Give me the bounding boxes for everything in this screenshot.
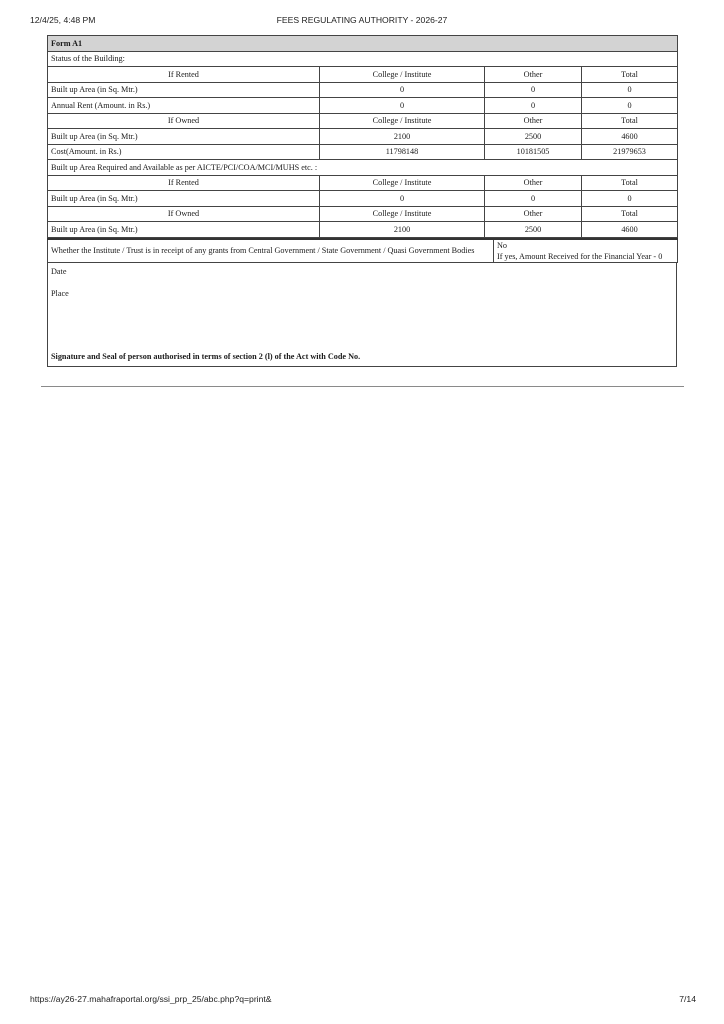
value-college: 2100: [320, 222, 485, 238]
value-college: 2100: [320, 129, 485, 145]
grants-question: Whether the Institute / Trust is in rece…: [48, 239, 494, 263]
value-college: 0: [320, 82, 485, 98]
col-total: Total: [582, 113, 678, 129]
value-college: 11798148: [320, 144, 485, 160]
table-row: Built up Area (in Sq. Mtr.) 2100 2500 46…: [48, 222, 678, 238]
row-label: Built up Area (in Sq. Mtr.): [48, 222, 320, 238]
row-label: Built up Area (in Sq. Mtr.): [48, 82, 320, 98]
place-label: Place: [51, 289, 69, 298]
value-total: 0: [582, 98, 678, 114]
col-total: Total: [582, 206, 678, 222]
owned-heading: If Owned: [48, 206, 320, 222]
form-title-row: Form A1: [48, 36, 678, 52]
col-college: College / Institute: [320, 67, 485, 83]
col-other: Other: [485, 113, 582, 129]
table-row: Annual Rent (Amount. in Rs.) 0 0 0: [48, 98, 678, 114]
print-title: FEES REGULATING AUTHORITY - 2026-27: [0, 15, 724, 25]
value-college: 0: [320, 98, 485, 114]
grants-answer: No: [497, 240, 674, 251]
table-row: Built up Area (in Sq. Mtr.) 0 0 0: [48, 82, 678, 98]
row-label: Built up Area (in Sq. Mtr.): [48, 129, 320, 145]
value-other: 0: [485, 98, 582, 114]
section-row: Status of the Building:: [48, 51, 678, 67]
grants-amount: If yes, Amount Received for the Financia…: [497, 251, 674, 262]
value-other: 0: [485, 191, 582, 207]
row-label: Cost(Amount. in Rs.): [48, 144, 320, 160]
date-label: Date: [51, 267, 66, 276]
form-title: Form A1: [48, 36, 678, 52]
column-header-row: If Rented College / Institute Other Tota…: [48, 175, 678, 191]
signature-box: Date Place Signature and Seal of person …: [47, 263, 677, 367]
table-row: Built up Area (in Sq. Mtr.) 0 0 0: [48, 191, 678, 207]
horizontal-rule: [41, 386, 684, 387]
rented-heading: If Rented: [48, 67, 320, 83]
required-available-label: Built up Area Required and Available as …: [48, 160, 678, 176]
col-other: Other: [485, 67, 582, 83]
value-other: 0: [485, 82, 582, 98]
value-other: 2500: [485, 129, 582, 145]
form-a1: Form A1 Status of the Building: If Rente…: [47, 35, 677, 367]
building-status-table: Form A1 Status of the Building: If Rente…: [47, 35, 678, 238]
value-total: 0: [582, 82, 678, 98]
column-header-row: If Rented College / Institute Other Tota…: [48, 67, 678, 83]
signature-label: Signature and Seal of person authorised …: [51, 352, 360, 361]
page-url: https://ay26-27.mahafraportal.org/ssi_pr…: [30, 994, 272, 1004]
grants-answer-cell: No If yes, Amount Received for the Finan…: [494, 239, 678, 263]
grants-table: Whether the Institute / Trust is in rece…: [47, 238, 678, 263]
column-header-row: If Owned College / Institute Other Total: [48, 113, 678, 129]
table-row: Built up Area (in Sq. Mtr.) 2100 2500 46…: [48, 129, 678, 145]
status-of-building-label: Status of the Building:: [48, 51, 678, 67]
row-label: Built up Area (in Sq. Mtr.): [48, 191, 320, 207]
value-college: 0: [320, 191, 485, 207]
table-row: Cost(Amount. in Rs.) 11798148 10181505 2…: [48, 144, 678, 160]
col-other: Other: [485, 206, 582, 222]
owned-heading: If Owned: [48, 113, 320, 129]
col-college: College / Institute: [320, 175, 485, 191]
col-total: Total: [582, 175, 678, 191]
page-number: 7/14: [679, 994, 696, 1004]
section-row: Built up Area Required and Available as …: [48, 160, 678, 176]
col-total: Total: [582, 67, 678, 83]
rented-heading: If Rented: [48, 175, 320, 191]
print-footer: https://ay26-27.mahafraportal.org/ssi_pr…: [0, 994, 724, 1008]
value-other: 10181505: [485, 144, 582, 160]
value-total: 4600: [582, 222, 678, 238]
grants-row: Whether the Institute / Trust is in rece…: [48, 239, 678, 263]
print-header: 12/4/25, 4:48 PM FEES REGULATING AUTHORI…: [0, 15, 724, 29]
column-header-row: If Owned College / Institute Other Total: [48, 206, 678, 222]
value-other: 2500: [485, 222, 582, 238]
col-college: College / Institute: [320, 206, 485, 222]
value-total: 4600: [582, 129, 678, 145]
value-total: 21979653: [582, 144, 678, 160]
col-college: College / Institute: [320, 113, 485, 129]
col-other: Other: [485, 175, 582, 191]
row-label: Annual Rent (Amount. in Rs.): [48, 98, 320, 114]
value-total: 0: [582, 191, 678, 207]
